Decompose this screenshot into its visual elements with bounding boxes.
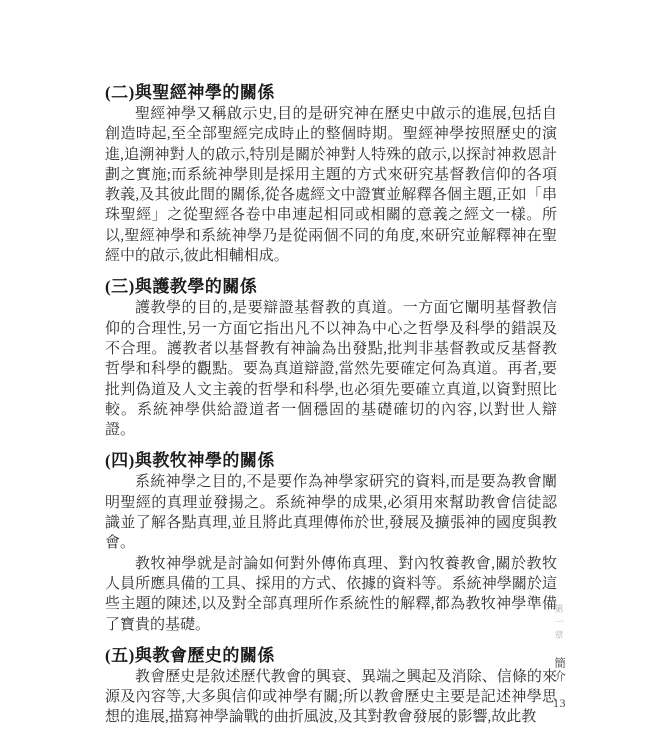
- section-paragraph: 系統神學之目的,不是要作為神學家研究的資料,而是要為教會闡明聖經的真理並發揚之。…: [105, 472, 557, 553]
- book-page: (二)與聖經神學的關係 聖經神學又稱啟示史,目的是研究神在歷史中啟示的進展,包括…: [0, 0, 650, 750]
- section-paragraph: 聖經神學又稱啟示史,目的是研究神在歷史中啟示的進展,包括自創造時起,至全部聖經完…: [105, 104, 557, 266]
- section-paragraph: 教會歷史是敘述歷代教會的興衰、異端之興起及消除、信條的來源及內容等,大多與信仰或…: [105, 667, 557, 728]
- page-number: 13: [553, 696, 566, 711]
- section-apologetics: (三)與護教學的關係 護教學的目的,是要辯證基督教的真道。一方面它闡明基督教信仰…: [105, 276, 557, 440]
- section-heading: (四)與教牧神學的關係: [105, 450, 557, 472]
- section-heading: (五)與教會歷史的關係: [105, 645, 557, 667]
- page-content: (二)與聖經神學的關係 聖經神學又稱啟示史,目的是研究神在歷史中啟示的進展,包括…: [105, 82, 557, 728]
- chapter-number-label: 第一章: [553, 604, 566, 643]
- chapter-title-label: 簡介: [551, 657, 567, 683]
- section-pastoral-theology: (四)與教牧神學的關係 系統神學之目的,不是要作為神學家研究的資料,而是要為教會…: [105, 450, 557, 634]
- section-paragraph: 教牧神學就是討論如何對外傳佈真理、對內牧養教會,關於教牧人員所應具備的工具、採用…: [105, 554, 557, 635]
- section-heading: (二)與聖經神學的關係: [105, 82, 557, 104]
- section-biblical-theology: (二)與聖經神學的關係 聖經神學又稱啟示史,目的是研究神在歷史中啟示的進展,包括…: [105, 82, 557, 266]
- margin-column: 第一章 簡介: [550, 604, 568, 688]
- section-paragraph: 護教學的目的,是要辯證基督教的真道。一方面它闡明基督教信仰的合理性,另一方面它指…: [105, 298, 557, 440]
- section-heading: (三)與護教學的關係: [105, 276, 557, 298]
- section-church-history: (五)與教會歷史的關係 教會歷史是敘述歷代教會的興衰、異端之興起及消除、信條的來…: [105, 645, 557, 728]
